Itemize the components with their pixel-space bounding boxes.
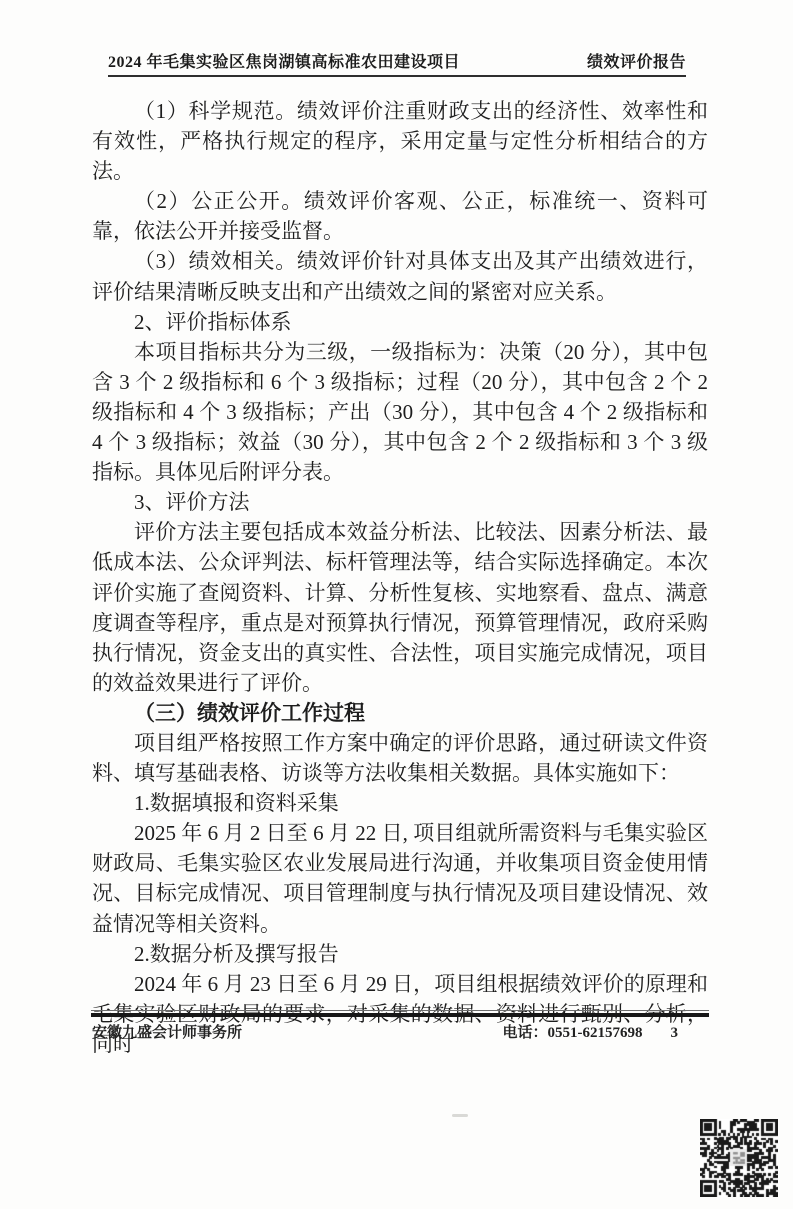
scan-artifact: [452, 1114, 468, 1117]
paragraph: 本项目指标共分为三级，一级指标为：决策（20 分），其中包含 3 个 2 级指标…: [92, 337, 708, 487]
paragraph: 1.数据填报和资料采集: [92, 788, 708, 818]
qr-code-icon: [700, 1119, 778, 1197]
footer-page-number: 3: [671, 1025, 679, 1042]
paragraph: 2、评价指标体系: [92, 307, 708, 337]
document-page: 2024 年毛集实验区焦岗湖镇高标准农田建设项目 绩效评价报告 （1）科学规范。…: [0, 0, 793, 1209]
body-text: （1）科学规范。绩效评价注重财政支出的经济性、效率性和有效性，严格执行规定的程序…: [92, 96, 708, 1059]
paragraph: 2.数据分析及撰写报告: [92, 939, 708, 969]
page-footer: 安徽九盛会计师事务所 电话：0551-62157698 3: [92, 1021, 708, 1042]
footer-right-group: 电话：0551-62157698 3: [503, 1021, 709, 1042]
section-heading: （三）绩效评价工作过程: [92, 698, 708, 728]
paragraph: 3、评价方法: [92, 487, 708, 517]
footer-rule: [91, 1013, 709, 1017]
page-header: 2024 年毛集实验区焦岗湖镇高标准农田建设项目 绩效评价报告: [108, 49, 686, 77]
footer-firm-name: 安徽九盛会计师事务所: [92, 1021, 242, 1042]
paragraph: 项目组严格按照工作方案中确定的评价思路，通过研读文件资料、填写基础表格、访谈等方…: [92, 728, 708, 788]
paragraph: 2025 年 6 月 2 日至 6 月 22 日, 项目组就所需资料与毛集实验区…: [92, 818, 708, 938]
footer-phone-number: 电话：0551-62157698: [503, 1021, 643, 1042]
paragraph: （1）科学规范。绩效评价注重财政支出的经济性、效率性和有效性，严格执行规定的程序…: [92, 96, 708, 186]
paragraph: 评价方法主要包括成本效益分析法、比较法、因素分析法、最低成本法、公众评判法、标杆…: [92, 517, 708, 698]
header-left-title: 2024 年毛集实验区焦岗湖镇高标准农田建设项目: [108, 49, 460, 72]
paragraph: （3）绩效相关。绩效评价针对具体支出及其产出绩效进行，评价结果清晰反映支出和产出…: [92, 246, 708, 306]
paragraph: （2）公正公开。绩效评价客观、公正，标准统一、资料可靠，依法公开并接受监督。: [92, 186, 708, 246]
footer-rule-thin: [91, 1010, 709, 1011]
header-right-title: 绩效评价报告: [587, 49, 686, 72]
